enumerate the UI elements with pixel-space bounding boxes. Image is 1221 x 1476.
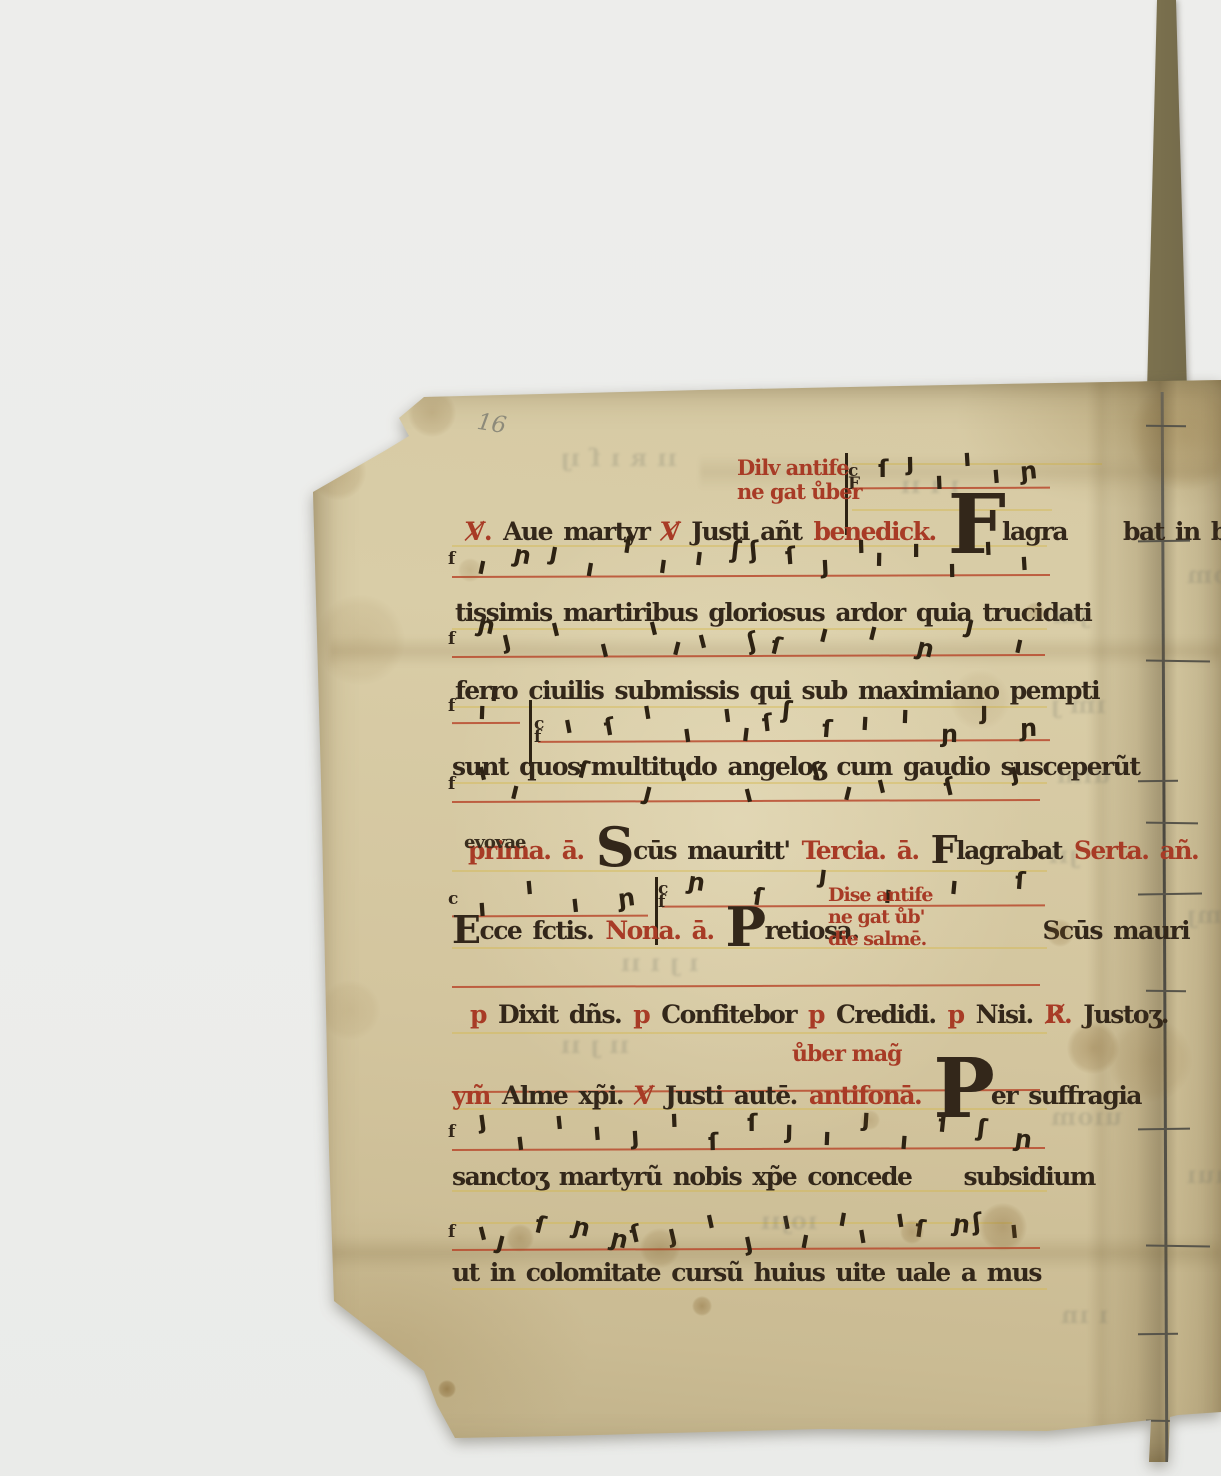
neume-glyph: ı [1009,1218,1020,1243]
staff-red-line [452,654,1045,658]
text-token: F [931,827,956,872]
neume-glyph: ʃ [971,1210,984,1235]
rubric-token: Serta. añ. [1074,836,1198,865]
rubric-token: R̸. [1045,1000,1071,1029]
text-token: ferro ciuilis submissis qui sub maximian… [455,676,1099,705]
rubric-token: ym̃ [452,1081,490,1110]
neume-glyph: ſ [761,710,774,735]
text-token: E [452,907,479,952]
neume-glyph: ſ [602,714,616,739]
neume-glyph: ı [475,1219,489,1244]
neume-glyph: ı [875,546,884,570]
clef-letters: f [448,1126,455,1139]
neume-glyph: ȷ [631,1124,641,1148]
line-8: ym̃Alme xp̃i.V̸Justi autē.antifonā.Per s… [452,1076,1153,1110]
uber-magnificat-note: ůber mag̃ [792,1042,902,1067]
line-5: prima. ā.Scūs mauritt'Tercia. ā.Flagraba… [468,836,1210,865]
neume-glyph: ı [657,552,668,577]
music-staff: c fıſııııſʃſııɲȷɲ [538,706,1050,758]
neume-glyph: ı [669,1107,678,1131]
neume-glyph: ȷ [785,1118,794,1142]
manuscript-scan-page: 16 c Fſȷıııɲfıɲȷıſııʃʃſȷııııııfɲȷıııııʃſ… [0,0,1221,1476]
text-token: P [726,895,765,959]
antiphon-note-top: Dilv antife ne gat ůber [737,456,862,504]
bleedthrough-mark: mȷ [1186,900,1221,929]
line-1: V̸.Aue martyrV̸Justi añtbenedick.Flagrab… [466,512,1221,546]
text-token: Credidi. [836,1000,936,1029]
neume-glyph: ɲ [952,1211,972,1237]
text-token: tissimis martiribus gloriosus ardor quia… [455,598,1091,627]
neume-glyph: ȷ [742,1229,755,1254]
neume-glyph: ɲ [940,721,957,745]
bleedthrough-mark: ıuı [1186,1160,1221,1189]
line-2: tissimis martiribus gloriosus ardor quia… [455,598,1103,627]
neume-glyph: ı [562,712,575,737]
text-token: Nisi. [976,1000,1033,1029]
neume-glyph: ɲ [1020,716,1038,740]
text-token: cce fctis. [479,916,593,945]
neume-glyph: ſ [532,1212,548,1238]
neume-glyph: ȷ [500,627,513,652]
text-token: Scūs mauri [1042,916,1189,945]
text-guide-line [452,1032,1047,1034]
rubric-token: p [633,1000,649,1029]
neume-glyph: ɲ [1019,458,1038,484]
clef-letters: f [448,553,455,566]
neume-glyph: ı [741,781,755,806]
rubric-token: p [470,1000,486,1029]
leaf-wrap: 16 c Fſȷıııɲfıɲȷıſııʃʃſȷııııııfɲȷıııııʃſ… [0,0,1221,1476]
text-token: Justoʒ. [1083,1000,1168,1029]
bleedthrough-mark: uım [1056,760,1111,789]
line-3: ferro ciuilis submissis qui sub maximian… [455,676,1111,705]
clef-letters: c [448,893,458,906]
line-6: Ecce fctis.Nona. ā.Pretiosa.Scūs mauri [452,916,1201,945]
neume-glyph: ı [570,891,581,916]
staff-red-line [452,574,1050,578]
text-token: Alme xp̃i. [502,1081,623,1110]
staff-red-line [452,984,1040,988]
neume-glyph: ı [962,446,972,470]
neume-glyph: ȷ [665,1221,678,1246]
music-staff: fɲȷıııııʃſııɲȷı [452,621,1045,673]
antiphon-note-mid: Dise antife ne gat ůb' die salmē. [828,884,932,950]
text-token: subsidium [963,1162,1094,1191]
neume-glyph: ı [949,873,959,898]
line-7: pDixit dñs.pConfiteborpCredidi.pNisi.R̸.… [470,1000,1180,1029]
clef-letters: f [448,633,455,646]
neume-glyph: ɲ [617,885,637,911]
neume-glyph: ı [856,1223,868,1248]
text-token: S [596,815,634,879]
neume-glyph: ȷ [817,863,828,888]
text-token: Justi autē. [665,1081,797,1110]
neume-glyph: ı [476,553,489,578]
text-token: lagra [1002,517,1067,546]
clef-letters: f [448,1226,455,1239]
bleedthrough-mark: ȷıı [1048,840,1078,869]
text-token: sunt quos multitudo angeloʒ cum gaudio s… [452,752,1139,781]
rubric-token: V̸ [635,1081,653,1110]
neume-glyph: ı [695,628,709,653]
bleedthrough-mark: ıoȷıı [760,1206,817,1235]
text-token: Confitebor [661,1000,796,1029]
rubric-token: V̸ [661,517,679,546]
neume-glyph: ſ [784,544,796,569]
neume-glyph: ſ [627,1221,643,1247]
neume-glyph: ı [823,1125,832,1149]
neume-glyph: ſ [878,457,888,481]
neume-glyph: ſ [746,1111,756,1135]
neume-glyph: ı [509,778,523,803]
neume-glyph: ı [592,1120,602,1145]
bleedthrough-mark: ȷm [1052,600,1088,629]
rubric-token: V̸. [466,517,491,546]
text-token: cūs mauritt' [633,836,789,865]
text-token: sanctoʒ martyrũ nobis xp̃e concede [452,1162,911,1191]
bleedthrough-mark: ıom [1186,560,1221,589]
rubric-token: benedick. [814,517,936,546]
line-4: sunt quos multitudo angeloʒ cum gaudio s… [452,752,1151,781]
neume-glyph: ɲ [686,869,707,895]
neume-glyph: ı [693,544,704,569]
neume-glyph: ſ [1014,868,1026,893]
bleedthrough-mark: uıom [1050,1102,1122,1131]
bleedthrough-mark: ıı ʀ ı ſ ıȷ [560,443,677,472]
neume-glyph: ı [554,1109,565,1134]
text-token: P [933,1041,991,1137]
bleedthrough-mark: ı ı ıı [900,470,959,499]
text-token: Dixit dñs. [498,1000,621,1029]
text-guide-line [452,1288,1047,1290]
text-token: lagrabat [956,836,1062,865]
neume-glyph: ſ [708,1130,719,1154]
rubric-token: p [948,1000,964,1029]
neume-glyph: ʃ [744,628,759,654]
line-9: sanctoʒ martyrũ nobis xp̃e concedesubsid… [452,1162,1107,1191]
bleedthrough-mark: ıı ȷ ıı [560,1030,629,1059]
neume-glyph: ı [1019,549,1029,573]
neume-glyph: ſ [821,717,833,742]
bleedthrough-mark: ı ın [1060,1300,1108,1329]
staff-red-line [452,1147,1045,1151]
line-10: ut in colomitate cursũ huius uite uale a… [452,1258,1053,1287]
text-token: Aue martyr [503,517,649,546]
neume-glyph: ɲ [915,634,937,661]
text-token: Justi añt [691,517,801,546]
neume-glyph: ı [721,702,732,727]
rubric-token: p [808,1000,824,1029]
neume-glyph: ı [515,1130,526,1155]
rubric-token: Tercia. ā. [802,836,919,865]
neume-glyph: ȷ [821,553,830,577]
parchment-leaf: 16 c Fſȷıııɲfıɲȷıſııʃʃſȷııııııfɲȷıııııʃſ… [0,0,1221,1476]
folio-number: 16 [475,409,508,439]
neume-glyph: ɲ [570,1213,592,1240]
evovae-note: evovae [464,832,526,853]
rubric-token: antifonā. [809,1081,921,1110]
neume-glyph: ſ [913,1216,927,1241]
text-token: ut in colomitate cursũ huius uite uale a… [452,1258,1041,1287]
neume-glyph: ı [861,710,871,734]
rubric-token: Nona. ā. [605,916,713,945]
neume-glyph: ı [524,873,534,898]
bleedthrough-mark: ı ȷ ı ıı [620,948,698,977]
neume-glyph: ı [901,703,910,727]
clef-letters: c f [534,718,544,744]
neume-glyph: ɲ [1013,1126,1033,1152]
bleedthrough-mark: ım ȷ [1050,690,1106,719]
clef-letters: c f [658,883,668,909]
staff-red-line [452,722,520,725]
